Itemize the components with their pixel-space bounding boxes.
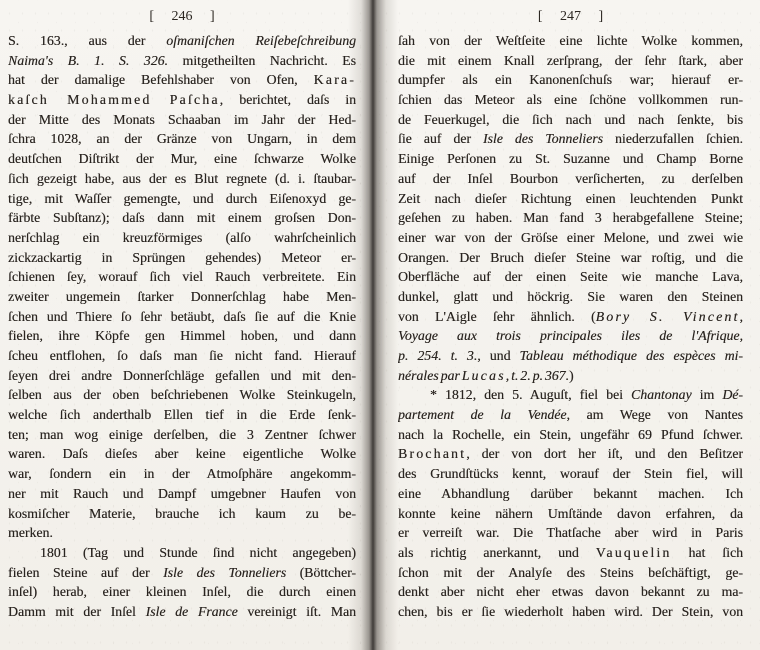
text-segment: ſchienen ſey, worauf ſich viel Rauch ver… bbox=[8, 269, 356, 284]
page-247: [ 247 ] ſah von der Weſtſeite eine licht… bbox=[398, 0, 743, 650]
text-line: ſchienen ſey, worauf ſich viel Rauch ver… bbox=[8, 267, 356, 287]
text-segment: geſehen zu haben. Man fand 3 herabgefall… bbox=[398, 210, 743, 225]
text-line: fielen Steine auf der Isle des Tonnelier… bbox=[8, 563, 356, 583]
text-segment: hat ſich bbox=[672, 545, 743, 560]
text-line: Damm mit der Inſel Isle de France verein… bbox=[8, 602, 356, 622]
text-segment-i: Naima's B. 1. S. 326. bbox=[8, 53, 168, 68]
text-segment: Einige Perſonen zu St. Suzanne und Champ… bbox=[398, 151, 743, 166]
text-line: konnte keine nähern Umſtände davon erfah… bbox=[398, 504, 743, 524]
text-line: des Grundſtücks kennt, worauf der Stein … bbox=[398, 464, 743, 484]
text-segment-sp: kaſch Mohammed Paſcha bbox=[8, 92, 220, 107]
text-line: als richtig anerkannt, und Vauquelin hat… bbox=[398, 543, 743, 563]
text-segment: dunkel, glatt und höckrig. Sie waren den… bbox=[398, 289, 743, 304]
text-segment-i: Voyage aux trois principales iles de l'A… bbox=[398, 328, 743, 343]
text-segment: Oberfläche auf der einen Seite wie manch… bbox=[398, 269, 743, 284]
text-line: er verreiſt war. Die Thatſache aber wird… bbox=[398, 523, 743, 543]
text-line: Voyage aux trois principales iles de l'A… bbox=[398, 326, 743, 346]
text-segment: als richtig anerkannt, und bbox=[398, 545, 596, 560]
text-segment: auf der Inſel Bourbon verſicherten, zu d… bbox=[398, 171, 743, 186]
text-line: dunkel, glatt und höckrig. Sie waren den… bbox=[398, 287, 743, 307]
text-line: dumpfer als ein Kanonenſchuſs war; hiera… bbox=[398, 70, 743, 90]
text-segment: ſie auf der bbox=[398, 131, 483, 146]
book-scan-spread: [ 246 ] S. 163., aus der oſmaniſchen Rei… bbox=[0, 0, 760, 650]
text-segment: denkt aber nicht eher etwas davon bekann… bbox=[398, 584, 743, 599]
text-segment: fielen, ihre Köpfe gen Himmel hoben, und… bbox=[8, 328, 356, 343]
text-line: zickzackartig in Sprüngen gehendes) Mete… bbox=[8, 248, 356, 268]
text-segment-i: p. 254. t. 3. bbox=[398, 348, 477, 363]
text-line: eine Abhandlung darüber bekannt machen. … bbox=[398, 484, 743, 504]
text-segment: deutſchen Diſtrikt der Mur, eine ſchwarz… bbox=[8, 151, 356, 166]
text-line: war, ſondern ein in der Atmoſphäre angek… bbox=[8, 464, 356, 484]
text-segment: ) bbox=[569, 368, 574, 383]
text-segment-isp: Lucas bbox=[462, 368, 506, 383]
text-line: Orangen. Der Bruch dieſer Steine war roſ… bbox=[398, 248, 743, 268]
text-line: denkt aber nicht eher etwas davon bekann… bbox=[398, 582, 743, 602]
text-segment-i: Isle des Tonneliers bbox=[483, 131, 603, 146]
text-line: einer war von der Gröſse einer Melone, u… bbox=[398, 228, 743, 248]
text-line: partement de la Vendée, am Wege von Nant… bbox=[398, 405, 743, 425]
text-line: hat der damalige Befehlshaber von Ofen, … bbox=[8, 70, 356, 90]
text-segment: merken. bbox=[8, 525, 53, 540]
text-segment: einer war von der Gröſse einer Melone, u… bbox=[398, 230, 743, 245]
text-segment: tige, mit Waſſer gemengte, und durch Eiſ… bbox=[8, 191, 356, 206]
text-segment: hat der damalige Befehlshaber von Ofen, bbox=[8, 72, 314, 87]
text-segment: chen, bis er ſie wiederholt haben wird. … bbox=[398, 604, 743, 619]
page-number-right: [ 247 ] bbox=[398, 7, 743, 27]
text-line: kaſch Mohammed Paſcha, berichtet, daſs i… bbox=[8, 90, 356, 110]
text-line: Naima's B. 1. S. 326. mitgetheilten Nach… bbox=[8, 51, 356, 71]
text-line: p. 254. t. 3., und Tableau méthodique de… bbox=[398, 346, 743, 366]
page-246: [ 246 ] S. 163., aus der oſmaniſchen Rei… bbox=[8, 0, 356, 650]
text-line: ſeyen drei andre Donnerſchläge gefallen … bbox=[8, 366, 356, 386]
text-segment: , und bbox=[477, 348, 519, 363]
text-line: de Feuerkugel, die ſich nach und nach ſe… bbox=[398, 110, 743, 130]
text-line: ſchra 1028, an der Gränze von Ungarn, in… bbox=[8, 129, 356, 149]
text-line: merken. bbox=[8, 523, 356, 543]
text-line: ner mit Rauch und Dampf umgebner Haufen … bbox=[8, 484, 356, 504]
text-segment: waren. Daſs dieſes aber keine eigentlich… bbox=[8, 446, 356, 461]
text-segment: der Mitte des Monats Schaaban im Jahr de… bbox=[8, 112, 356, 127]
book-gutter-shadow bbox=[348, 0, 398, 650]
text-line: von L'Aigle ſehr ähnlich. (Bory S. Vince… bbox=[398, 307, 743, 327]
text-line: deutſchen Diſtrikt der Mur, eine ſchwarz… bbox=[8, 149, 356, 169]
text-line: fielen, ihre Köpfe gen Himmel hoben, und… bbox=[8, 326, 356, 346]
text-segment: zweiter ungemein ſtarker Donnerſchlag ha… bbox=[8, 289, 356, 304]
text-line: färbte Subſtanz); daſs dann mit einem gr… bbox=[8, 208, 356, 228]
text-line: ſchien das Meteor als eine ſchöne vollko… bbox=[398, 90, 743, 110]
text-line: Brochant, der von dort her iſt, und den … bbox=[398, 444, 743, 464]
text-line: inſel) herab, einer kleinen Inſel, die d… bbox=[8, 582, 356, 602]
text-line: welche ſich anderthalb Ellen tief in die… bbox=[8, 405, 356, 425]
text-line: ten; man wog einige derſelben, die 3 Zen… bbox=[8, 425, 356, 445]
text-segment-i: Isle de France bbox=[146, 604, 238, 619]
text-segment: 1801 (Tag und Stunde ſind nicht angegebe… bbox=[40, 545, 356, 560]
text-line: tige, mit Waſſer gemengte, und durch Eiſ… bbox=[8, 189, 356, 209]
text-segment: , der von dort her iſt, und den Beſitzer bbox=[466, 446, 743, 461]
text-segment: dumpfer als ein Kanonenſchuſs war; hiera… bbox=[398, 72, 743, 87]
text-segment: ſchen und Thiere ſo ſehr betäubt, daſs ſ… bbox=[8, 309, 356, 324]
text-line: S. 163., aus der oſmaniſchen Reiſebeſchr… bbox=[8, 31, 356, 51]
text-segment: , berichtet, daſs in bbox=[220, 92, 356, 107]
text-segment: fielen Steine auf der bbox=[8, 565, 163, 580]
text-line: chen, bis er ſie wiederholt haben wird. … bbox=[398, 602, 743, 622]
text-segment: nerſchlag ein kreuzförmiges (alſo wahrſc… bbox=[8, 230, 356, 245]
text-segment: ſich gezeigt habe, aus der es Blut regne… bbox=[8, 171, 356, 186]
text-segment-i: oſmaniſchen Reiſebeſchreibung bbox=[166, 33, 356, 48]
text-segment: kosmiſcher Materie, brauche ich kaum zu … bbox=[8, 506, 356, 521]
text-segment: die mit einem Knall zerſprang, der ſehr … bbox=[398, 53, 743, 68]
text-column-right: ſah von der Weſtſeite eine lichte Wolke … bbox=[398, 31, 743, 622]
text-segment: er verreiſt war. Die Thatſache aber wird… bbox=[398, 525, 743, 540]
text-line: 1801 (Tag und Stunde ſind nicht angegebe… bbox=[8, 543, 356, 563]
text-segment-isp: Bory S. Vincent bbox=[596, 309, 740, 324]
text-segment: ner mit Rauch und Dampf umgebner Haufen … bbox=[8, 486, 356, 501]
text-line: Zeit nach dieſer Richtung einen leuchten… bbox=[398, 189, 743, 209]
text-line: kosmiſcher Materie, brauche ich kaum zu … bbox=[8, 504, 356, 524]
text-segment: de Feuerkugel, die ſich nach und nach ſe… bbox=[398, 112, 743, 127]
text-segment: konnte keine nähern Umſtände davon erfah… bbox=[398, 506, 743, 521]
text-segment: mitgetheilten Nachricht. Es bbox=[168, 53, 356, 68]
text-line: Einige Perſonen zu St. Suzanne und Champ… bbox=[398, 149, 743, 169]
text-segment-i: Isle des Tonneliers bbox=[163, 565, 286, 580]
text-segment-sp: Brochant bbox=[398, 446, 466, 461]
text-line: ſelben aus der oben beſchriebenen Wolke … bbox=[8, 385, 356, 405]
text-segment: zickzackartig in Sprüngen gehendes) Mete… bbox=[8, 250, 356, 265]
text-line: nérales par Lucas, t. 2. p. 367.) bbox=[398, 366, 743, 386]
text-segment-i: nérales par bbox=[398, 368, 462, 383]
text-segment: ſelben aus der oben beſchriebenen Wolke … bbox=[8, 387, 356, 402]
text-segment: ſchra 1028, an der Gränze von Ungarn, in… bbox=[8, 131, 356, 146]
text-segment-i: t. 2. p. 367. bbox=[511, 368, 569, 383]
text-line: geſehen zu haben. Man fand 3 herabgefall… bbox=[398, 208, 743, 228]
text-line: auf der Inſel Bourbon verſicherten, zu d… bbox=[398, 169, 743, 189]
text-segment-i: Chantonay bbox=[631, 387, 692, 402]
text-segment: * 1812, den 5. Auguſt, fiel bei bbox=[430, 387, 631, 402]
text-line: ſchon mit der Analyſe des Steins beſchäf… bbox=[398, 563, 743, 583]
text-line: ſchen und Thiere ſo ſehr betäubt, daſs ſ… bbox=[8, 307, 356, 327]
text-segment: ſchon mit der Analyſe des Steins beſchäf… bbox=[398, 565, 743, 580]
text-segment: welche ſich anderthalb Ellen tief in die… bbox=[8, 407, 356, 422]
text-line: waren. Daſs dieſes aber keine eigentlich… bbox=[8, 444, 356, 464]
text-segment: eine Abhandlung darüber bekannt machen. … bbox=[398, 486, 743, 501]
text-segment: von L'Aigle ſehr ähnlich. ( bbox=[398, 309, 596, 324]
text-line: nerſchlag ein kreuzförmiges (alſo wahrſc… bbox=[8, 228, 356, 248]
text-line: ſie auf der Isle des Tonneliers niederzu… bbox=[398, 129, 743, 149]
text-line: * 1812, den 5. Auguſt, fiel bei Chantona… bbox=[398, 385, 743, 405]
text-segment: färbte Subſtanz); daſs dann mit einem gr… bbox=[8, 210, 356, 225]
text-line: ſcheu entflohen, ſo daſs man ſie nicht f… bbox=[8, 346, 356, 366]
text-line: ſich gezeigt habe, aus der es Blut regne… bbox=[8, 169, 356, 189]
text-line: der Mitte des Monats Schaaban im Jahr de… bbox=[8, 110, 356, 130]
text-segment: Zeit nach dieſer Richtung einen leuchten… bbox=[398, 191, 743, 206]
text-line: die mit einem Knall zerſprang, der ſehr … bbox=[398, 51, 743, 71]
text-segment-i: Tableau méthodique des espèces mi- bbox=[520, 348, 743, 363]
text-line: zweiter ungemein ſtarker Donnerſchlag ha… bbox=[8, 287, 356, 307]
text-segment: Damm mit der Inſel bbox=[8, 604, 146, 619]
text-segment: im bbox=[692, 387, 723, 402]
text-segment: des Grundſtücks kennt, worauf der Stein … bbox=[398, 466, 743, 481]
text-segment: ſah von der Weſtſeite eine lichte Wolke … bbox=[398, 33, 743, 48]
text-segment: , am Wege von Nantes bbox=[567, 407, 743, 422]
text-segment: ſcheu entflohen, ſo daſs man ſie nicht f… bbox=[8, 348, 356, 363]
text-segment: Orangen. Der Bruch dieſer Steine war roſ… bbox=[398, 250, 743, 265]
text-segment: (Böttcher- bbox=[286, 565, 356, 580]
text-line: Oberfläche auf der einen Seite wie manch… bbox=[398, 267, 743, 287]
text-line: ſah von der Weſtſeite eine lichte Wolke … bbox=[398, 31, 743, 51]
text-segment: ten; man wog einige derſelben, die 3 Zen… bbox=[8, 427, 356, 442]
text-segment: ſchien das Meteor als eine ſchöne vollko… bbox=[398, 92, 743, 107]
text-segment-i: Dé- bbox=[722, 387, 743, 402]
text-segment: niederzufallen ſchien. bbox=[603, 131, 743, 146]
text-column-left: S. 163., aus der oſmaniſchen Reiſebeſchr… bbox=[8, 31, 356, 622]
text-segment-sp: Vauquelin bbox=[596, 545, 672, 560]
text-segment-i: partement de la Vendée bbox=[398, 407, 567, 422]
text-line: nach la Rochelle, ein Stein, ungefähr 69… bbox=[398, 425, 743, 445]
text-segment: ſeyen drei andre Donnerſchläge gefallen … bbox=[8, 368, 356, 383]
page-number-left: [ 246 ] bbox=[8, 7, 356, 27]
text-segment: , bbox=[740, 309, 743, 324]
text-segment: S. 163., aus der bbox=[8, 33, 166, 48]
text-segment: vereinigt iſt. Man bbox=[238, 604, 356, 619]
text-segment: war, ſondern ein in der Atmoſphäre angek… bbox=[8, 466, 356, 481]
text-segment: inſel) herab, einer kleinen Inſel, die d… bbox=[8, 584, 356, 599]
text-segment: nach la Rochelle, ein Stein, ungefähr 69… bbox=[398, 427, 743, 442]
